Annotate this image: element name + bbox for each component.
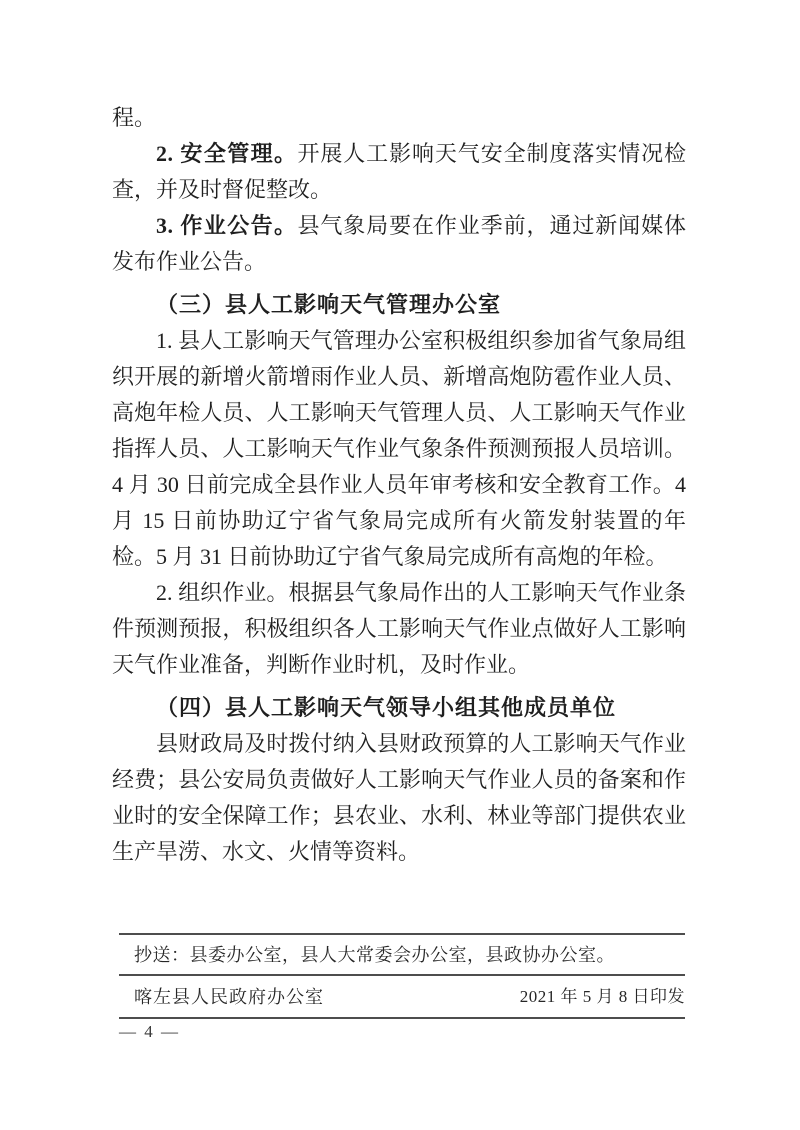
copy-to-row: 抄送：县委办公室，县人大常委会办公室，县政协办公室。	[119, 935, 685, 974]
paragraph-announcement: 3. 作业公告。县气象局要在作业季前，通过新闻媒体发布作业公告。	[112, 208, 686, 280]
document-page: 程。 2. 安全管理。开展人工影响天气安全制度落实情况检查，并及时督促整改。 3…	[0, 0, 800, 1130]
document-body: 程。 2. 安全管理。开展人工影响天气安全制度落实情况检查，并及时督促整改。 3…	[112, 100, 686, 870]
issuer-label: 喀左县人民政府办公室	[134, 976, 324, 1018]
run-in-label: 3. 作业公告。	[156, 213, 297, 238]
paragraph-members: 县财政局及时拨付纳入县财政预算的人工影响天气作业经费；县公安局负责做好人工影响天…	[112, 726, 686, 870]
paragraph-safety: 2. 安全管理。开展人工影响天气安全制度落实情况检查，并及时督促整改。	[112, 136, 686, 208]
run-in-label: 2. 安全管理。	[156, 141, 297, 166]
print-date: 2021 年 5 月 8 日印发	[520, 976, 685, 1018]
section-heading-4: （四）县人工影响天气领导小组其他成员单位	[112, 690, 686, 726]
document-footer: 抄送：县委办公室，县人大常委会办公室，县政协办公室。 喀左县人民政府办公室 20…	[119, 933, 685, 1019]
section-heading-3: （三）县人工影响天气管理办公室	[112, 287, 686, 323]
issue-row: 喀左县人民政府办公室 2021 年 5 月 8 日印发	[119, 976, 685, 1017]
page-number: — 4 —	[119, 1022, 180, 1042]
paragraph-operations: 2. 组织作业。根据县气象局作出的人工影响天气作业条件预测预报，积极组织各人工影…	[112, 575, 686, 683]
paragraph-continuation: 程。	[112, 100, 686, 136]
paragraph-training: 1. 县人工影响天气管理办公室积极组织参加省气象局组织开展的新增火箭增雨作业人员…	[112, 323, 686, 575]
